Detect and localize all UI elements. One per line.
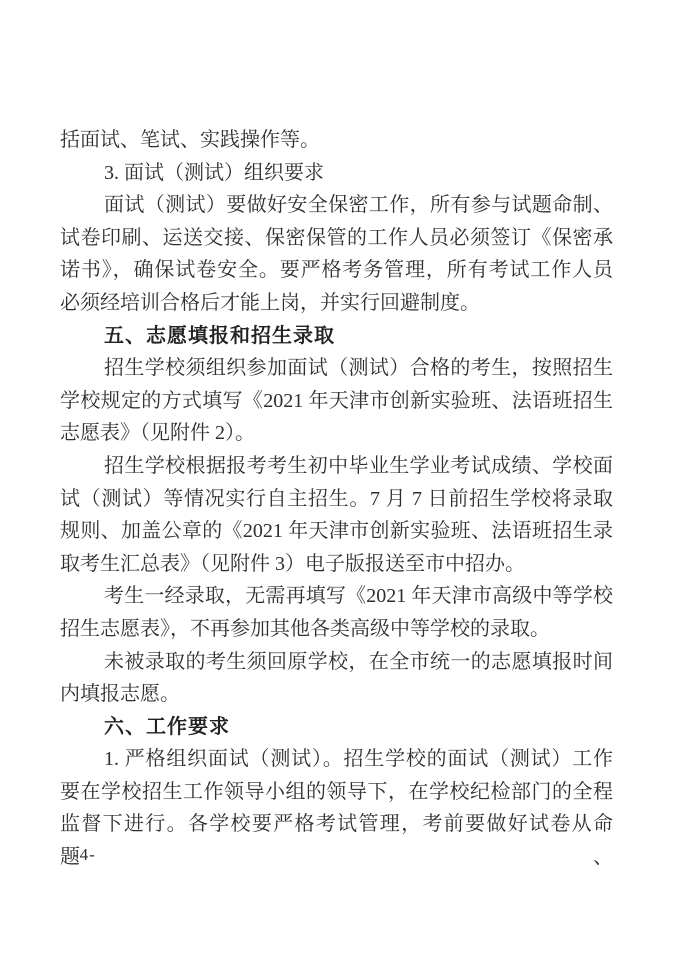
text-line: 诺书》，确保试卷安全。要严格考务管理，所有考试工作人员 — [60, 254, 613, 287]
text-line: 要在学校招生工作领导小组的领导下，在学校纪检部门的全程 — [60, 776, 613, 809]
text-line: 内填报志愿。 — [60, 678, 613, 711]
text-line: 招生学校根据报考考生初中毕业生学业考试成绩、学校面 — [60, 450, 613, 483]
text-line: 未被录取的考生须回原学校，在全市统一的志愿填报时间 — [60, 646, 613, 679]
text-line: 1. 严格组织面试（测试）。招生学校的面试（测试）工作 — [60, 743, 613, 776]
text-line: 招生学校须组织参加面试（测试）合格的考生，按照招生 — [60, 352, 613, 385]
text-line: 试（测试）等情况实行自主招生。7 月 7 日前招生学校将录取 — [60, 483, 613, 516]
document-page: 括面试、笔试、实践操作等。3. 面试（测试）组织要求面试（测试）要做好安全保密工… — [0, 0, 677, 957]
text-line: 必须经培训合格后才能上岗，并实行回避制度。 — [60, 287, 613, 320]
text-line: 试卷印刷、运送交接、保密保管的工作人员必须签订《保密承 — [60, 222, 613, 255]
section-heading: 六、工作要求 — [60, 711, 613, 744]
text-line: 面试（测试）要做好安全保密工作，所有参与试题命制、 — [60, 189, 613, 222]
text-line: 监督下进行。各学校要严格考试管理，考前要做好试卷从命题、 — [60, 808, 613, 841]
text-line: 括面试、笔试、实践操作等。 — [60, 124, 613, 157]
text-line: 学校规定的方式填写《2021 年天津市创新实验班、法语班招生 — [60, 385, 613, 418]
text-line: 取考生汇总表》（见附件 3）电子版报送至市中招办。 — [60, 548, 613, 581]
text-line: 考生一经录取，无需再填写《2021 年天津市高级中等学校 — [60, 580, 613, 613]
section-heading: 五、志愿填报和招生录取 — [60, 320, 613, 353]
text-line: 志愿表》（见附件 2）。 — [60, 417, 613, 450]
page-number: -4- — [73, 845, 96, 865]
text-line: 招生志愿表》，不再参加其他各类高级中等学校的录取。 — [60, 613, 613, 646]
document-body-text: 括面试、笔试、实践操作等。3. 面试（测试）组织要求面试（测试）要做好安全保密工… — [60, 124, 613, 841]
text-line: 3. 面试（测试）组织要求 — [60, 157, 613, 190]
text-line: 规则、加盖公章的《2021 年天津市创新实验班、法语班招生录 — [60, 515, 613, 548]
